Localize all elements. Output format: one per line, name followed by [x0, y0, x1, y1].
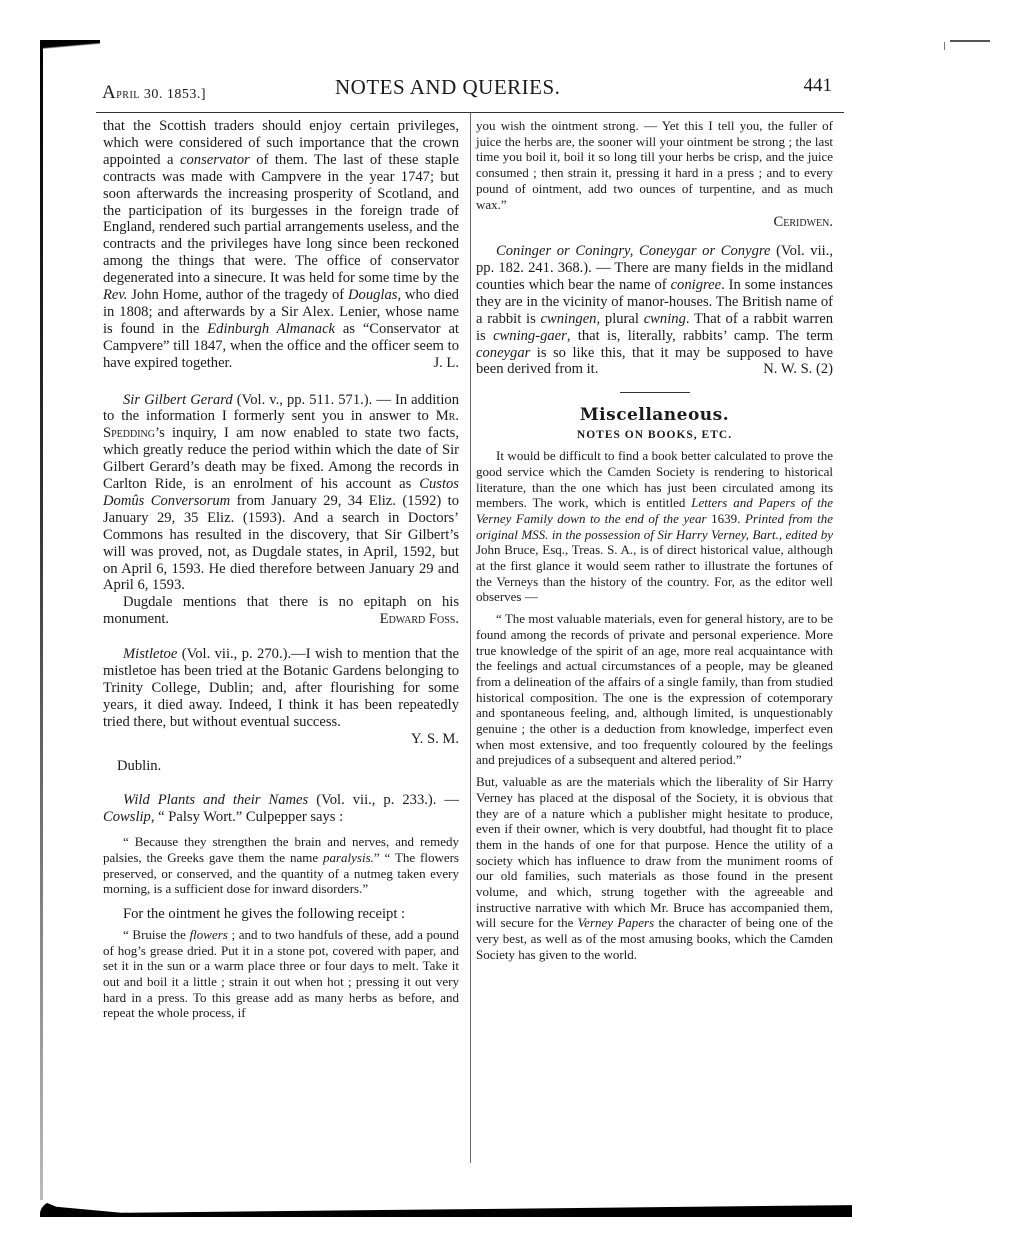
article-scottish-traders: that the Scottish traders should enjoy c… [103, 118, 459, 372]
article-title: Coninger or Coningry, Coneygar or Conygr… [496, 243, 771, 259]
paragraph: For the ointment he gives the following … [103, 906, 459, 923]
scan-edge-bottom [40, 1200, 852, 1217]
article-mistletoe: Mistletoe (Vol. vii., p. 270.).—I wish t… [103, 646, 459, 731]
article-wild-plants: Wild Plants and their Names (Vol. vii., … [103, 792, 459, 826]
signature: Ceridwen. [476, 214, 833, 231]
article-title: Sir Gilbert Gerard [123, 392, 233, 408]
scan-edge-top-left [40, 40, 100, 52]
subheading: NOTES ON BOOKS, ETC. [476, 427, 833, 444]
scan-mark [944, 42, 945, 50]
quotation: “ The most valuable materials, even for … [476, 611, 833, 768]
right-column: you wish the ointment strong. — Yet this… [476, 118, 833, 963]
section-heading: Miscellaneous. [476, 407, 833, 424]
scan-edge-left [40, 40, 43, 1200]
journal-title: NOTES AND QUERIES. [335, 75, 560, 100]
page-header: April 30. 1853.] NOTES AND QUERIES. 441 [100, 72, 840, 102]
quotation: “ Because they strengthen the brain and … [103, 834, 459, 897]
paragraph: But, valuable as are the materials which… [476, 774, 833, 962]
issue-date: April 30. 1853.] [102, 82, 206, 104]
place-name: Dublin. [103, 758, 459, 775]
article-title: Wild Plants and their Names [123, 792, 308, 808]
left-column: that the Scottish traders should enjoy c… [103, 118, 459, 1021]
article-title: Mistletoe [123, 646, 177, 662]
scan-edge-top-right [950, 40, 990, 42]
column-divider [470, 113, 471, 1163]
section-rule [620, 392, 690, 393]
quotation: “ Bruise the flowers ; and to two handfu… [103, 927, 459, 1021]
article-gilbert-gerard: Sir Gilbert Gerard (Vol. v., pp. 511. 57… [103, 392, 459, 595]
quotation-continued: you wish the ointment strong. — Yet this… [476, 118, 833, 212]
article-coninger: Coninger or Coningry, Coneygar or Conygr… [476, 243, 833, 378]
article-books: It would be difficult to find a book bet… [476, 448, 833, 605]
page-number: 441 [804, 75, 833, 97]
signature: Y. S. M. [103, 731, 459, 748]
